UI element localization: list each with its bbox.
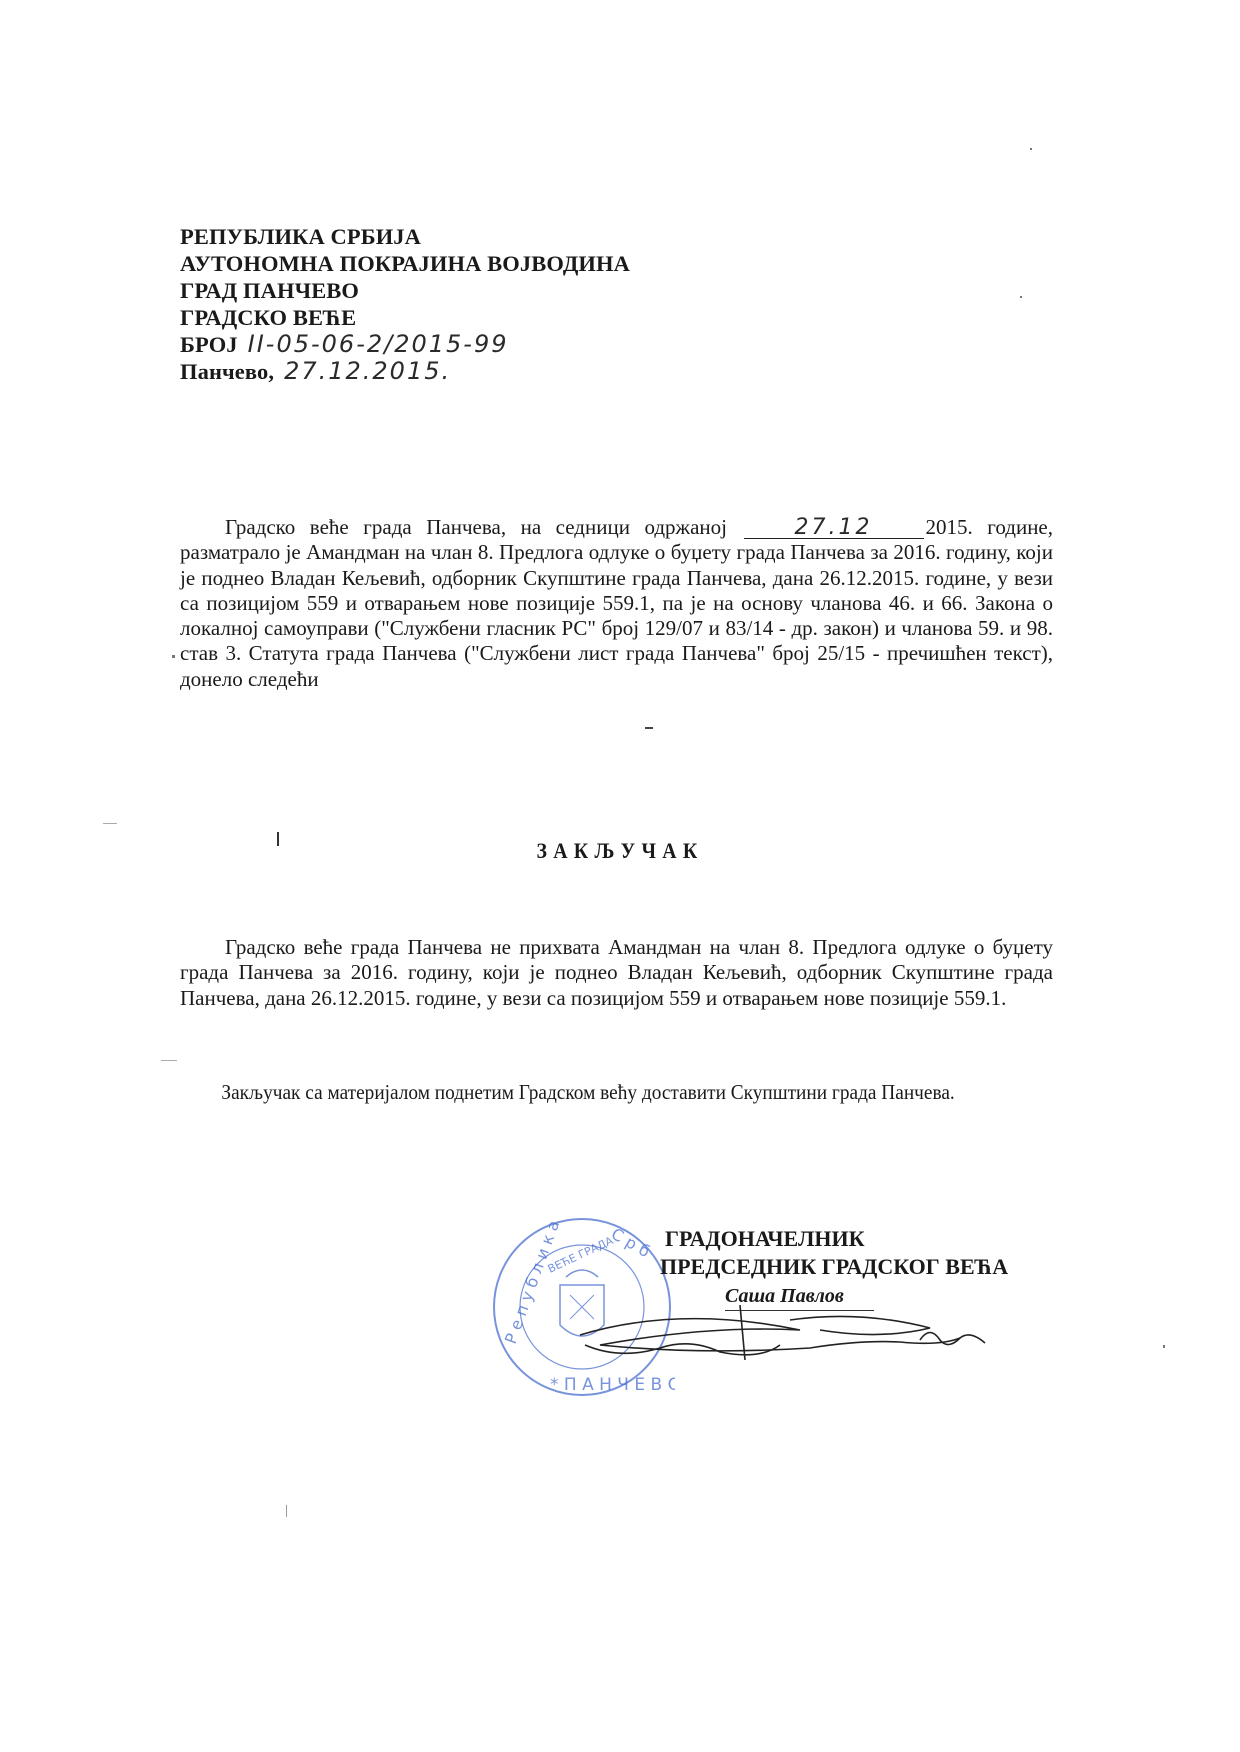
header-line-city: ГРАД ПАНЧЕВО [180, 277, 630, 304]
conclusion-paragraph-1: Градско веће града Панчева не прихвата А… [180, 935, 1053, 1011]
mayor-title: ГРАДОНАЧЕЛНИК [665, 1225, 1008, 1253]
document-header: РЕПУБЛИКА СРБИЈА АУТОНОМНА ПОКРАЈИНА ВОЈ… [180, 223, 630, 385]
session-date-handwritten: 27.12 [744, 518, 924, 539]
document-title: ЗАКЉУЧАК [62, 838, 1178, 864]
handwritten-signature-icon [560, 1300, 990, 1370]
intro-paragraph: Градско веће града Панчева, на седници о… [180, 515, 1053, 692]
council-president-title: ПРЕДСЕДНИК ГРАДСКОГ ВЕЋА [660, 1253, 1008, 1281]
conclusion-paragraph-2: Закључак са материјалом поднетим Градско… [180, 1080, 1053, 1105]
svg-text:С р б: С р б [608, 1224, 653, 1261]
intro-text-start: Градско веће града Панчева, на седници о… [225, 515, 727, 539]
document-number: БРОЈII-05-06-2/2015-99 [180, 331, 630, 358]
number-value-handwritten: II-05-06-2/2015-99 [248, 330, 509, 358]
header-line-republic: РЕПУБЛИКА СРБИЈА [180, 223, 630, 250]
signature-block: ГРАДОНАЧЕЛНИК ПРЕДСЕДНИК ГРАДСКОГ ВЕЋА С… [665, 1225, 1008, 1311]
conclusion-text-2: Закључак са материјалом поднетим Градско… [221, 1080, 954, 1104]
svg-text:* П А Н Ч Е В О: * П А Н Ч Е В О [550, 1375, 675, 1395]
conclusion-text-1: Градско веће града Панчева не прихвата А… [180, 935, 1053, 1010]
svg-text:Р е п у б л и к а: Р е п у б л и к а [501, 1218, 563, 1347]
place-date: Панчево,27.12.2015. [180, 358, 630, 385]
place-label: Панчево, [180, 359, 274, 384]
document-page: РЕПУБЛИКА СРБИЈА АУТОНОМНА ПОКРАЈИНА ВОЈ… [0, 0, 1240, 1752]
date-handwritten: 27.12.2015. [284, 357, 451, 385]
number-label: БРОЈ [180, 332, 238, 357]
header-line-council: ГРАДСКО ВЕЋЕ [180, 304, 630, 331]
header-line-province: АУТОНОМНА ПОКРАЈИНА ВОЈВОДИНА [180, 250, 630, 277]
intro-text-rest: 2015. године, разматрало је Амандман на … [180, 515, 1053, 691]
